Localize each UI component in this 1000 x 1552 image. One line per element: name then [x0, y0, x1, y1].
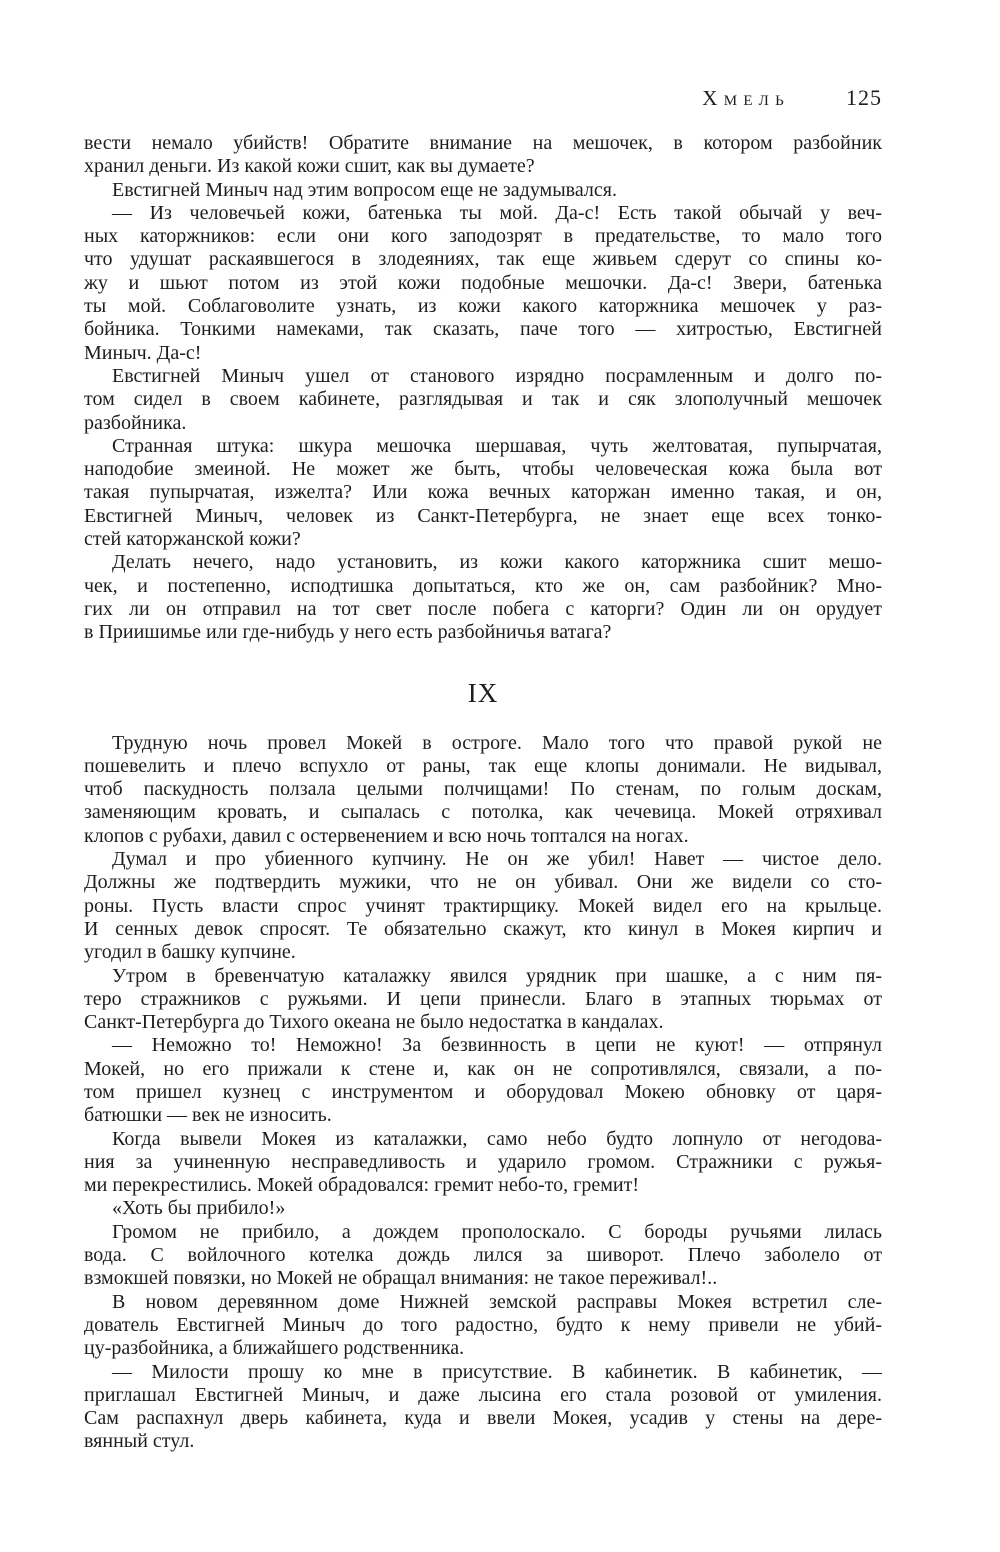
text-line: Евстигней Миныч ушел от станового изрядн… [84, 365, 882, 388]
text-line: ты мой. Соблаговолите узнать, из кожи ка… [84, 295, 882, 318]
text-line: вести немало убийств! Обратите внимание … [84, 132, 882, 155]
text-line: Странная штука: шкура мешочка шершавая, … [84, 435, 882, 458]
text-line: — Милости прошу ко мне в присутствие. В … [84, 1361, 882, 1384]
text-line: В новом деревянном доме Нижней земской р… [84, 1291, 882, 1314]
text-line: Утром в бревенчатую каталажку явился уря… [84, 965, 882, 988]
text-line: Когда вывели Мокея из каталажки, само не… [84, 1128, 882, 1151]
text-line: приглашал Евстигней Миныч, и даже лысина… [84, 1384, 882, 1407]
text-line: вода. С войлочного котелка дождь лился з… [84, 1244, 882, 1267]
paragraph: — Милости прошу ко мне в присутствие. В … [84, 1361, 882, 1454]
text-line: — Из человечьей кожи, батенька ты мой. Д… [84, 202, 882, 225]
page-content: вести немало убийств! Обратите внимание … [84, 132, 882, 1454]
text-line: ния за учиненную несправедливость и удар… [84, 1151, 882, 1174]
text-line: дователь Евстигней Миныч до того радостн… [84, 1314, 882, 1337]
text-line: такая пупырчатая, изжелта? Или кожа вечн… [84, 481, 882, 504]
text-line: ми перекрестились. Мокей обрадовался: гр… [84, 1174, 882, 1197]
text-line: что удушат раскаявшегося в злодеяниях, т… [84, 248, 882, 271]
text-block: Трудную ночь провел Мокей в остроге. Мал… [84, 732, 882, 1454]
text-line: ных каторжников: если они кого заподозря… [84, 225, 882, 248]
text-line: И сенных девок спросят. Те обязательно с… [84, 918, 882, 941]
text-line: наподобие змеиной. Не может же быть, что… [84, 458, 882, 481]
paragraph: «Хоть бы прибило!» [84, 1197, 882, 1220]
text-line: теро стражников с ружьями. И цепи принес… [84, 988, 882, 1011]
book-page: Хмель 125 вести немало убийств! Обратите… [0, 0, 1000, 1552]
text-line: разбойника. [84, 412, 882, 435]
text-line: том пришел кузнец с инструментом и обору… [84, 1081, 882, 1104]
text-line: Трудную ночь провел Мокей в остроге. Мал… [84, 732, 882, 755]
paragraph: вести немало убийств! Обратите внимание … [84, 132, 882, 179]
text-line: цу-разбойника, а ближайшего родственника… [84, 1337, 882, 1360]
text-line: Евстигней Миныч над этим вопросом еще не… [84, 179, 882, 202]
text-line: заменяющим кровать, и сыпалась с потолка… [84, 801, 882, 824]
text-line: Миныч. Да-с! [84, 342, 882, 365]
text-line: клопов с рубахи, давил с остервенением и… [84, 825, 882, 848]
text-line: жу и шьют потом из этой кожи подобные ме… [84, 272, 882, 295]
text-line: том сидел в своем кабинете, разглядывая … [84, 388, 882, 411]
paragraph: Трудную ночь провел Мокей в остроге. Мал… [84, 732, 882, 848]
text-line: хранил деньги. Из какой кожи сшит, как в… [84, 155, 882, 178]
text-line: вянный стул. [84, 1430, 882, 1453]
text-line: гих ли он отправил на тот свет после поб… [84, 598, 882, 621]
book-title: Хмель [702, 86, 790, 110]
text-line: Делать нечего, надо установить, из кожи … [84, 551, 882, 574]
paragraph: Евстигней Миныч ушел от станового изрядн… [84, 365, 882, 435]
text-line: чтоб паскудность ползала целыми полчищам… [84, 778, 882, 801]
text-line: в Приишимье или где-нибудь у него есть р… [84, 621, 882, 644]
text-line: Сам распахнул дверь кабинета, куда и вве… [84, 1407, 882, 1430]
paragraph: — Из человечьей кожи, батенька ты мой. Д… [84, 202, 882, 365]
text-line: стей каторжанской кожи? [84, 528, 882, 551]
text-line: чек, и постепенно, исподтишка допытаться… [84, 575, 882, 598]
paragraph: Делать нечего, надо установить, из кожи … [84, 551, 882, 644]
text-line: батюшки — век не износить. [84, 1104, 882, 1127]
text-line: бойника. Тонкими намеками, так сказать, … [84, 318, 882, 341]
text-line: «Хоть бы прибило!» [84, 1197, 882, 1220]
text-line: Громом не прибило, а дождем прополоскало… [84, 1221, 882, 1244]
text-line: Санкт-Петербурга до Тихого океана не был… [84, 1011, 882, 1034]
paragraph: Утром в бревенчатую каталажку явился уря… [84, 965, 882, 1035]
text-line: угодил в башку купчине. [84, 941, 882, 964]
running-header: Хмель 125 [84, 86, 882, 110]
text-line: взмокшей повязки, но Мокей не обращал вн… [84, 1267, 882, 1290]
paragraph: Громом не прибило, а дождем прополоскало… [84, 1221, 882, 1291]
page-number: 125 [846, 86, 882, 110]
text-line: пошевелить и плечо вспухло от раны, так … [84, 755, 882, 778]
text-line: Мокей, но его прижали к стене и, как он … [84, 1058, 882, 1081]
text-block: вести немало убийств! Обратите внимание … [84, 132, 882, 645]
paragraph: Странная штука: шкура мешочка шершавая, … [84, 435, 882, 551]
text-line: Должны же подтвердить мужики, что не он … [84, 871, 882, 894]
text-line: роны. Пусть власти спрос учинят трактирщ… [84, 895, 882, 918]
paragraph: В новом деревянном доме Нижней земской р… [84, 1291, 882, 1361]
paragraph: Когда вывели Мокея из каталажки, само не… [84, 1128, 882, 1198]
chapter-heading: IX [84, 678, 882, 708]
text-line: Евстигней Миныч, человек из Санкт-Петерб… [84, 505, 882, 528]
paragraph: — Неможно то! Неможно! За безвинность в … [84, 1034, 882, 1127]
paragraph: Евстигней Миныч над этим вопросом еще не… [84, 179, 882, 202]
text-line: — Неможно то! Неможно! За безвинность в … [84, 1034, 882, 1057]
text-line: Думал и про убиенного купчину. Не он же … [84, 848, 882, 871]
paragraph: Думал и про убиенного купчину. Не он же … [84, 848, 882, 964]
